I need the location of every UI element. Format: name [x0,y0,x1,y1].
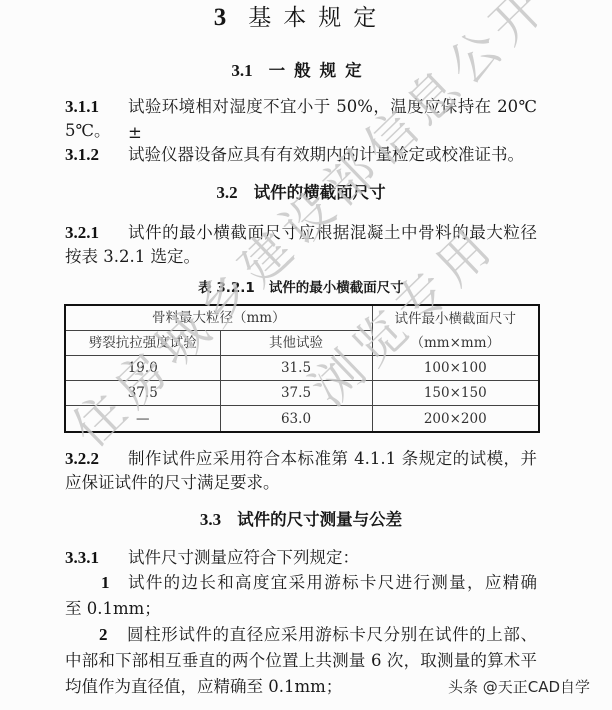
table-caption-label: 表 3.2.1 [198,280,255,296]
clause-text-3-1-2: 试验仪器设备应具有有效期内的计量检定或校准证书。 [128,142,537,168]
section-title: 一般规定 [269,61,371,80]
section-heading-3-3: 3.3试件的尺寸测量与公差 [65,508,537,532]
table-cell: 19.0 [65,356,220,381]
chapter-title-text: 基本规定 [248,5,388,31]
item-text-1-cont: 至 0.1mm； [65,596,537,622]
table-cell: 150×150 [372,381,539,406]
clause-label-3-3-1: 3.3.1 [65,545,99,571]
table-cell: 100×100 [372,356,539,381]
table-row: — 63.0 200×200 [65,406,539,433]
clause-label-3-1-2: 3.1.2 [65,142,99,168]
table-header-col3: 试件最小横截面尺寸 （mm×mm） [372,305,539,356]
clause-text-3-2-1-cont: 按表 3.2.1 选定。 [65,244,537,270]
section-heading-3-2: 3.2试件的横截面尺寸 [65,181,537,205]
item-text-1: 试件的边长和高度宜采用游标卡尺进行测量，应精确 [128,570,537,596]
min-cross-section-table: 骨料最大粒径（mm） 试件最小横截面尺寸 （mm×mm） 劈裂抗拉强度试验 其他… [64,304,540,433]
section-title: 试件的尺寸测量与公差 [237,510,402,529]
table-cell: 200×200 [372,406,539,433]
table-row: 37.5 37.5 150×150 [65,381,539,406]
table-cell: 37.5 [220,381,372,406]
item-text-2-cont: 中部和下部相互垂直的两个位置上共测量 6 次，取测量的算术平 [65,648,537,674]
clause-text-3-2-2-cont: 应保证试件的尺寸满足要求。 [65,470,537,496]
clause-text-3-2-1: 试件的最小横截面尺寸应根据混凝土中骨料的最大粒径 [128,220,537,246]
table-row: 19.0 31.5 100×100 [65,356,539,381]
clause-label-3-2-2: 3.2.2 [65,446,99,472]
item-text-2: 圆柱形试件的直径应采用游标卡尺分别在试件的上部、 [127,622,537,648]
clause-label-3-2-1: 3.2.1 [65,220,99,246]
table-caption-title: 试件的最小横截面尺寸 [269,280,404,296]
table-cell: 37.5 [65,381,220,406]
table-header-col3-line1: 试件最小横截面尺寸 [373,307,539,331]
clause-text-3-1-1-cont: 5℃。 [65,118,537,144]
section-heading-3-1: 3.1一般规定 [65,59,537,83]
clause-text-3-3-1: 试件尺寸测量应符合下列规定： [128,545,537,571]
chapter-title: 3基本规定 [65,2,537,34]
table-cell: 31.5 [220,356,372,381]
source-credit: 头条 @天正CAD自学 [448,676,590,698]
clause-text-3-2-2: 制作试件应采用符合本标准第 4.1.1 条规定的试模，并 [128,446,537,472]
table-header-col2: 其他试验 [220,331,372,356]
table-cell: 63.0 [220,406,372,433]
table-header-col1: 劈裂抗拉强度试验 [65,331,220,356]
clause-label-3-1-1: 3.1.1 [65,94,99,120]
section-number: 3.2 [216,183,237,202]
section-number: 3.3 [200,510,221,529]
table-cell: — [65,406,220,433]
item-number-2: 2 [99,622,108,648]
table-header-group: 骨料最大粒径（mm） [65,305,372,331]
clause-text-3-1-1: 试验环境相对湿度不宜小于 50%，温度应保持在 20℃± [128,94,537,120]
section-title: 试件的横截面尺寸 [254,183,386,202]
chapter-number: 3 [214,4,227,31]
item-number-1: 1 [101,570,110,596]
table-caption: 表 3.2.1试件的最小横截面尺寸 [65,278,537,298]
table-header-col3-line2: （mm×mm） [373,331,539,355]
section-number: 3.1 [231,61,252,80]
